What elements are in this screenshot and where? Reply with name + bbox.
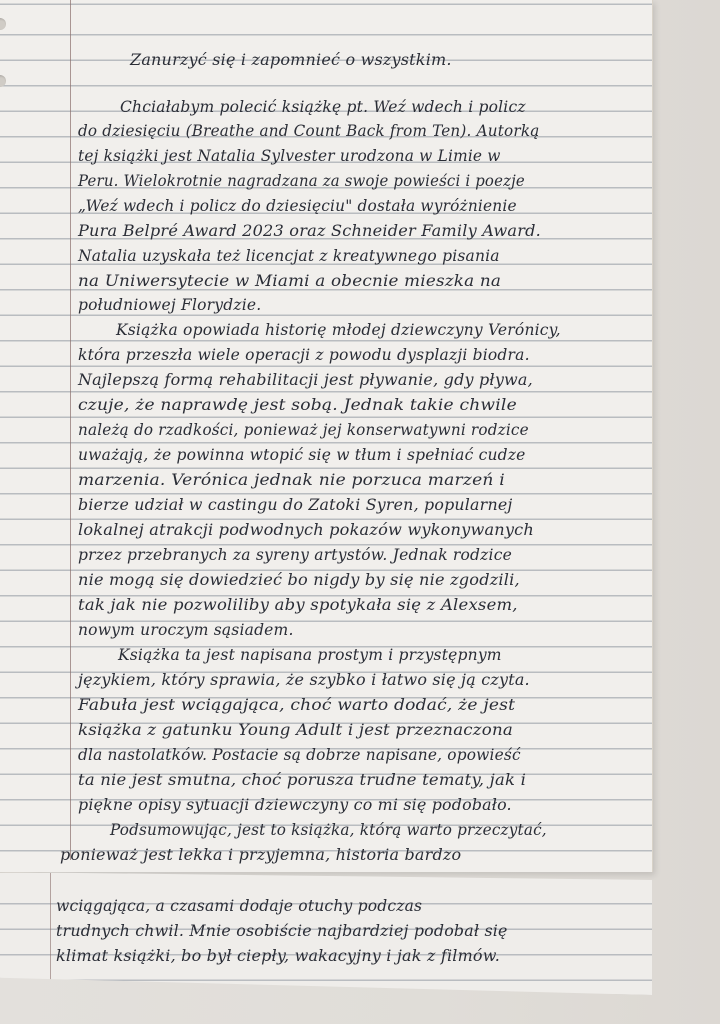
text-line: Podsumowując, jest to książka, którą war… bbox=[110, 821, 547, 839]
text-line: lokalnej atrakcji podwodnych pokazów wyk… bbox=[78, 521, 534, 539]
text-line: Fabuła jest wciągająca, choć warto dodać… bbox=[78, 696, 515, 714]
text-line: Najlepszą formą rehabilitacji jest pływa… bbox=[78, 371, 533, 389]
text-line: czuje, że naprawdę jest sobą. Jednak tak… bbox=[78, 396, 517, 414]
margin-line bbox=[50, 873, 51, 983]
text-line: na Uniwersytecie w Miami a obecnie miesz… bbox=[78, 272, 501, 290]
text-line: dla nastolatków. Postacie są dobrze napi… bbox=[78, 746, 521, 764]
binder-hole bbox=[0, 75, 6, 87]
photo-scene: Zanurzyć się i zapomnieć o wszystkim. Ch… bbox=[0, 0, 720, 1024]
text-line: trudnych chwil. Mnie osobiście najbardzi… bbox=[56, 922, 508, 940]
binder-holes bbox=[0, 0, 10, 860]
text-line: Pura Belpré Award 2023 oraz Schneider Fa… bbox=[78, 222, 541, 240]
text-line: Książka ta jest napisana prostym i przys… bbox=[118, 646, 502, 664]
document-title: Zanurzyć się i zapomnieć o wszystkim. bbox=[130, 50, 452, 69]
text-line: należą do rzadkości, ponieważ jej konser… bbox=[78, 421, 529, 439]
text-line: uważają, że powinna wtopić się w tłum i … bbox=[78, 446, 526, 464]
notebook-page-continuation: wciągająca, a czasami dodaje otuchy podc… bbox=[0, 872, 652, 995]
text-line: marzenia. Verónica jednak nie porzuca ma… bbox=[78, 471, 505, 489]
text-line: ta nie jest smutna, choć porusza trudne … bbox=[78, 771, 526, 789]
text-line: ponieważ jest lekka i przyjemna, histori… bbox=[60, 846, 461, 864]
binder-hole bbox=[0, 18, 6, 30]
text-line: „Weź wdech i policz do dziesięciu" dosta… bbox=[78, 197, 517, 215]
text-line: językiem, który sprawia, że szybko i łat… bbox=[78, 671, 530, 689]
text-line: piękne opisy sytuacji dziewczyny co mi s… bbox=[78, 796, 512, 814]
text-line: do dziesięciu (Breathe and Count Back fr… bbox=[78, 122, 539, 140]
text-line: Peru. Wielokrotnie nagradzana za swoje p… bbox=[78, 172, 525, 190]
text-line: Natalia uzyskała też licencjat z kreatyw… bbox=[78, 247, 500, 265]
text-line: wciągająca, a czasami dodaje otuchy podc… bbox=[56, 897, 422, 915]
text-line: Książka opowiada historię młodej dziewcz… bbox=[116, 321, 561, 339]
notebook-page: Zanurzyć się i zapomnieć o wszystkim. Ch… bbox=[0, 0, 653, 872]
text-line: tak jak nie pozwoliliby aby spotykała si… bbox=[78, 596, 518, 614]
text-line: bierze udział w castingu do Zatoki Syren… bbox=[78, 496, 513, 514]
text-line: nie mogą się dowiedzieć bo nigdy by się … bbox=[78, 571, 520, 589]
text-line: Chciałabym polecić książkę pt. Weź wdech… bbox=[120, 98, 526, 116]
text-line: nowym uroczym sąsiadem. bbox=[78, 621, 294, 639]
text-line: przez przebranych za syreny artystów. Je… bbox=[78, 546, 512, 564]
text-line: książka z gatunku Young Adult i jest prz… bbox=[78, 721, 513, 739]
text-line: południowej Florydzie. bbox=[78, 296, 261, 314]
text-line: klimat książki, bo był ciepły, wakacyjny… bbox=[56, 947, 500, 965]
text-line: tej książki jest Natalia Sylvester urodz… bbox=[78, 147, 501, 165]
margin-line bbox=[70, 0, 71, 860]
text-line: która przeszła wiele operacji z powodu d… bbox=[78, 346, 530, 364]
